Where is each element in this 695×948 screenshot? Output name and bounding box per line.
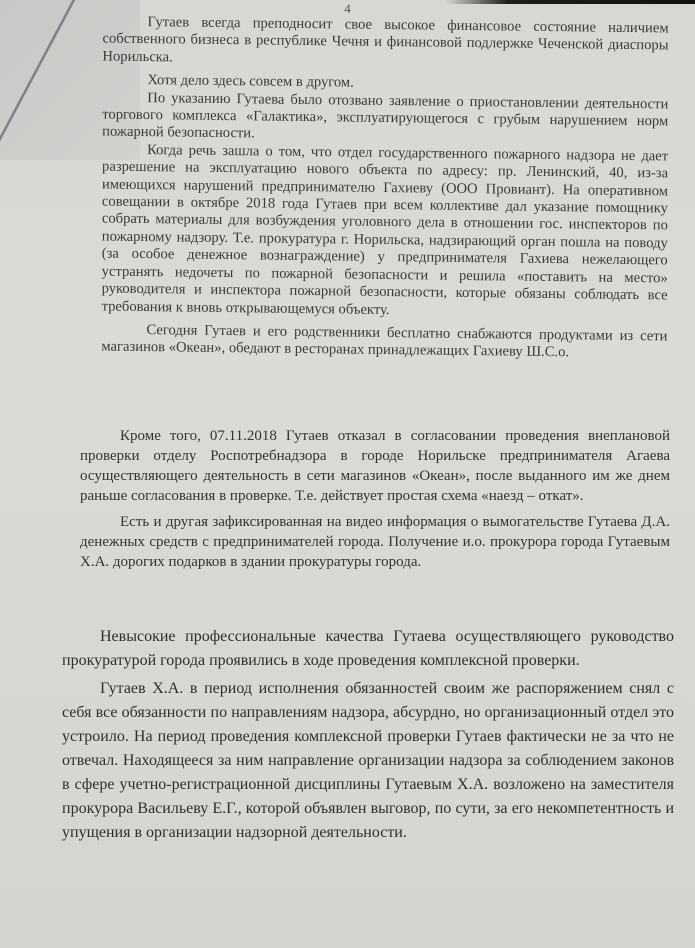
paragraph: Невысокие профессиональные качества Гута… [62, 625, 674, 673]
paragraph: Кроме того, 07.11.2018 Гутаев отказал в … [80, 426, 670, 506]
document-body-top: Гутаев всегда преподносит свое высокое ф… [101, 14, 668, 364]
paragraph: Сегодня Гутаев и его родственники беспла… [101, 321, 667, 363]
paragraph: Гутаев Х.А. в период исполнения обязанно… [62, 677, 674, 845]
paragraph: Есть и другая зафиксированная на видео и… [80, 512, 670, 572]
document-body-lower: Невысокие профессиональные качества Гута… [62, 625, 674, 845]
document-body-mid: Кроме того, 07.11.2018 Гутаев отказал в … [80, 426, 670, 572]
paragraph: По указанию Гутаева было отозвано заявле… [102, 89, 668, 148]
paragraph: Когда речь зашла о том, что отдел госуда… [102, 141, 669, 322]
paragraph: Гутаев всегда преподносит свое высокое ф… [102, 14, 668, 73]
